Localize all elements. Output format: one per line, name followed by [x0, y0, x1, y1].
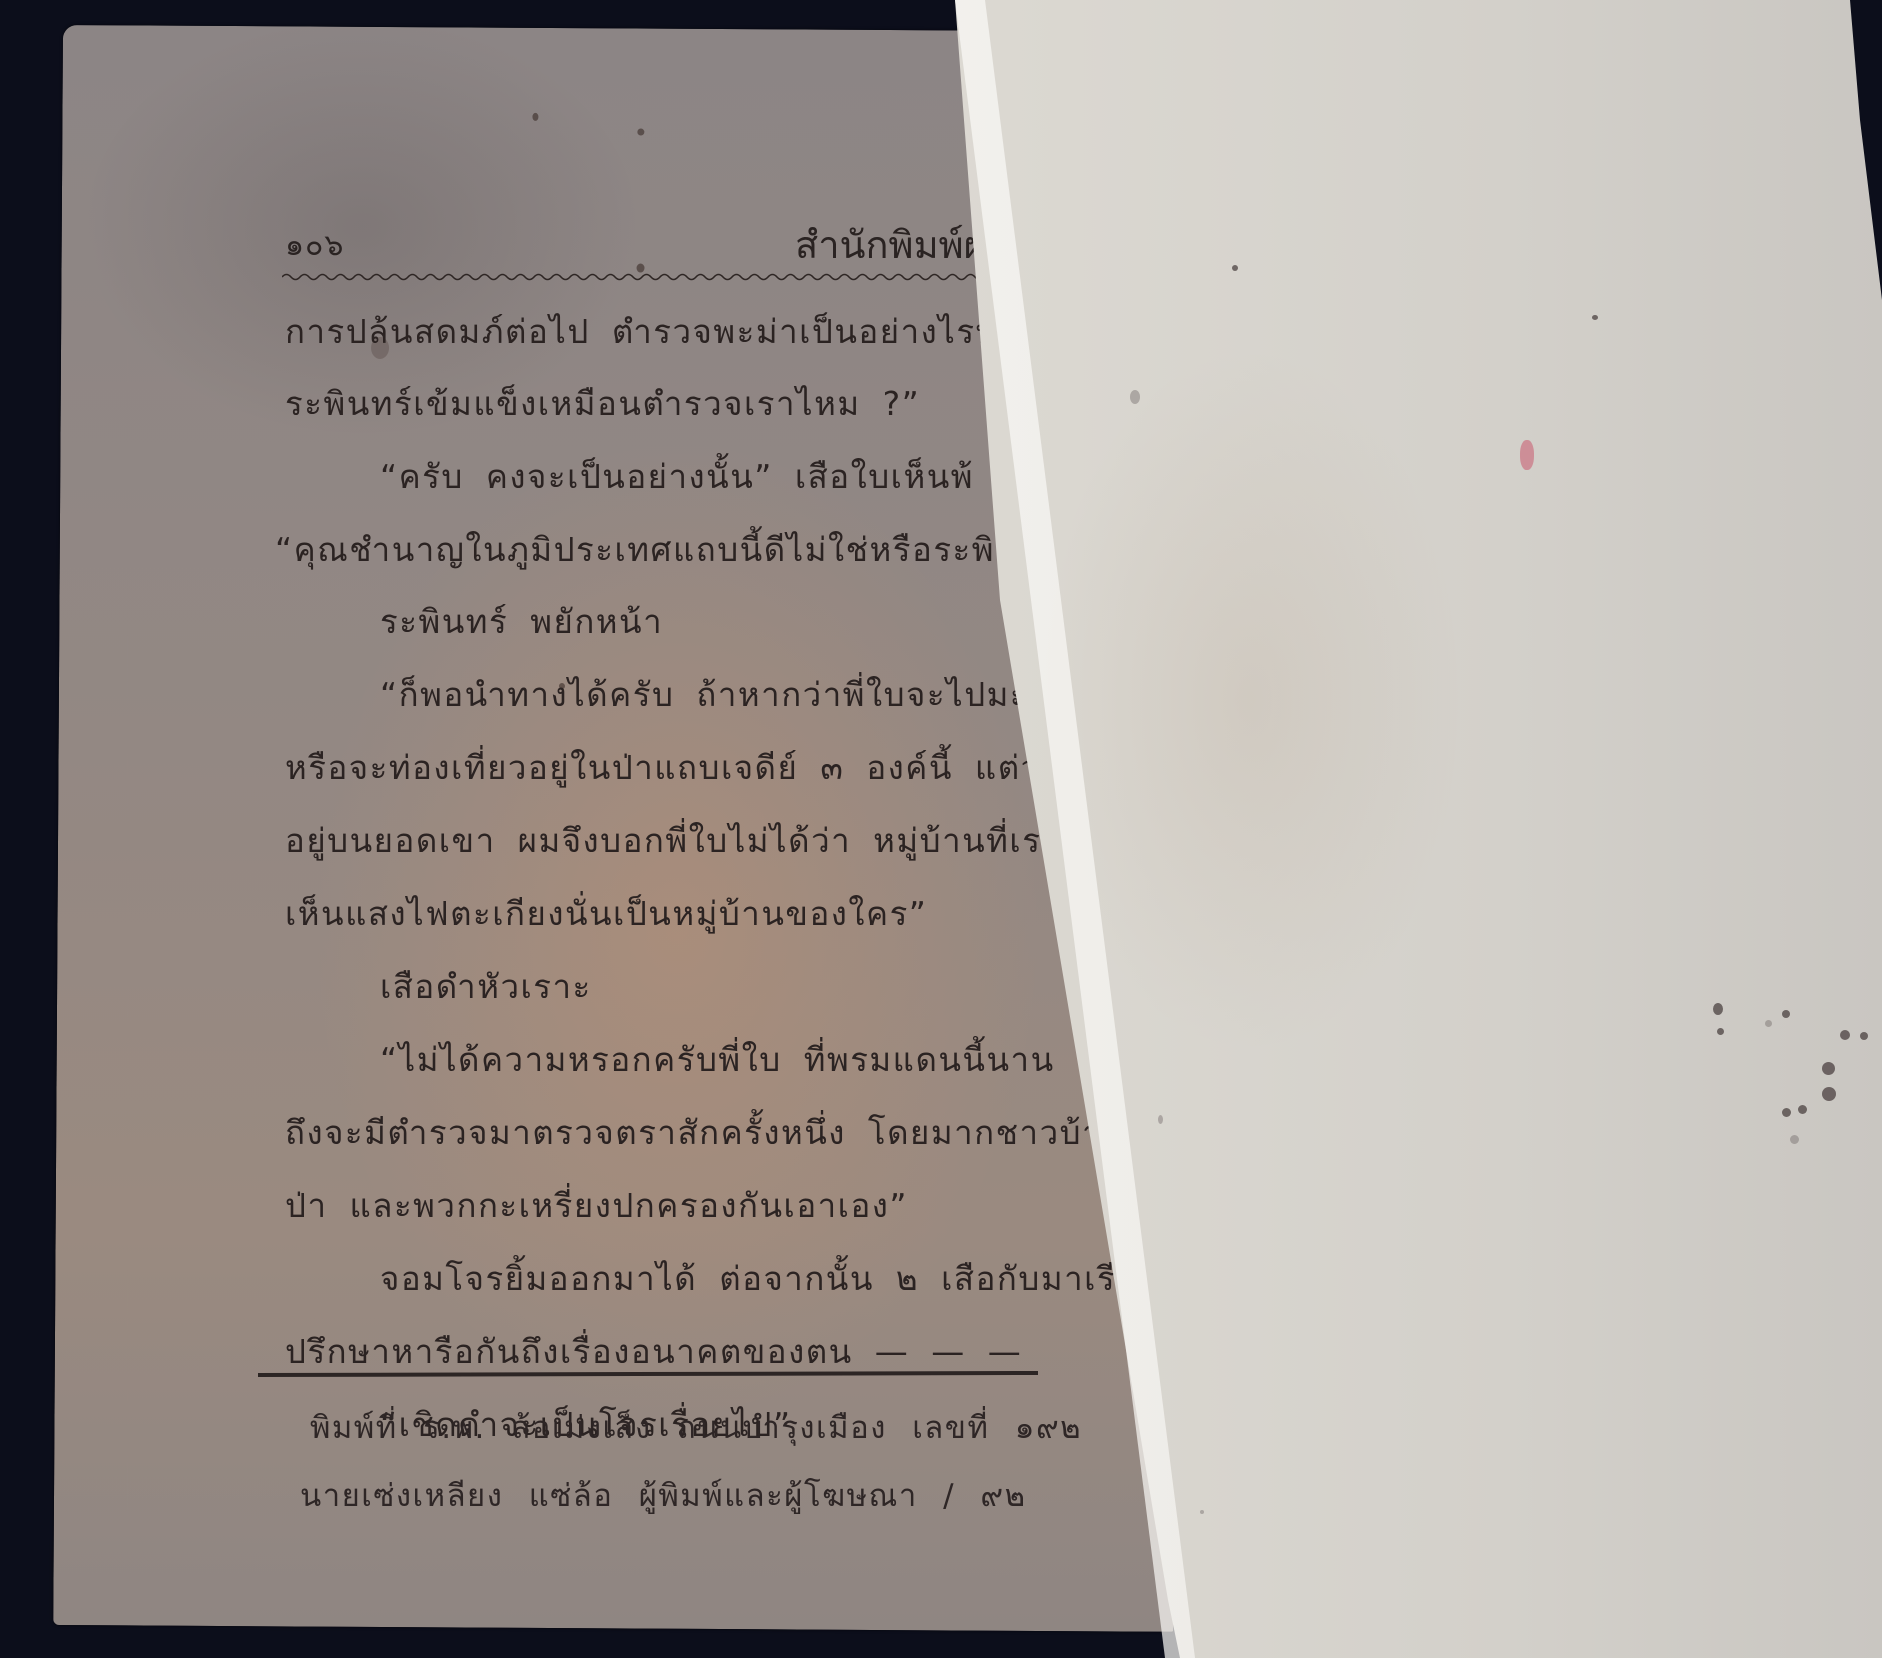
text-line: จอมโจรยิ้มออกมาได้ ต่อจากนั้น ๒ เสือกับม… [380, 1259, 1158, 1299]
foxing-spot [1840, 1030, 1850, 1040]
foxing-spot [1822, 1087, 1836, 1101]
foxing-spot [1232, 265, 1238, 271]
foxing-spot [1765, 1020, 1772, 1027]
foxing-spot [1713, 1003, 1723, 1015]
text-line: เสือดำหัวเราะ [380, 967, 592, 1007]
text-line: “ครับ คงจะเป็นอย่างนั้น” เสือใบเห็นพ้ [380, 457, 974, 497]
foxing-spot [1860, 1032, 1868, 1040]
text-line: ปรึกษาหารือกันถึงเรื่องอนาคตของตน — — — [285, 1332, 1022, 1372]
book-photo: ๑๐๖ สำนักพิมพ์ผ การปล้นสดมภ์ต่อไป ตำรวจพ… [0, 0, 1882, 1658]
text-line: หรือจะท่องเที่ยวอยู่ในป่าแถบเจดีย์ ๓ องค… [285, 748, 1041, 788]
text-line: “คุณชำนาญในภูมิประเทศแถบนี้ดีไม่ใช่หรือร… [275, 530, 1042, 570]
red-mark [1520, 440, 1534, 470]
running-title: สำนักพิมพ์ผ [795, 214, 986, 275]
foxing-spot [1200, 1510, 1204, 1514]
text-line: การปล้นสดมภ์ต่อไป ตำรวจพะม่าเป็นอย่างไรบ… [285, 312, 998, 352]
foxing-spot [1158, 1115, 1163, 1124]
foxing-spot [1782, 1010, 1790, 1018]
text-line: ระพินทร์ พยักหน้า [380, 602, 663, 642]
imprint-line: พิมพ์ที่ ร.พ. ล้อเม่งเส็ง ถนนบำรุงเมือง … [310, 1408, 1082, 1448]
imprint-line: นายเซ่งเหลียง แซ่ล้อ ผู้พิมพ์และผู้โฆษณา… [300, 1476, 1027, 1516]
foxing-spot [1822, 1062, 1835, 1075]
page-number: ๑๐๖ [285, 222, 344, 269]
ink-speck [532, 113, 538, 121]
text-line: อยู่บนยอดเขา ผมจึงบอกพี่ใบไม่ได้ว่า หมู่… [285, 821, 1061, 861]
foxing-spot [1592, 315, 1598, 320]
ink-speck [637, 129, 644, 136]
wavy-rule-divider [282, 272, 1002, 282]
text-line: “ก็พอนำทางได้ครับ ถ้าหากว่าพี่ใบจะไปมะระ… [380, 675, 1090, 715]
foxing-spot [1798, 1105, 1807, 1114]
foxing-spot [1790, 1135, 1799, 1144]
foxing-spot [1782, 1108, 1791, 1117]
foxing-spot [1717, 1028, 1724, 1035]
text-line: เห็นแสงไฟตะเกียงนั่นเป็นหมู่บ้านของใคร” [285, 894, 927, 934]
text-line: ถึงจะมีตำรวจมาตรวจตราสักครั้งหนึ่ง โดยมา… [285, 1113, 1126, 1153]
text-line: “ไม่ได้ความหรอกครับพี่ใบ ที่พรมแดนนี้นาน [380, 1040, 1055, 1080]
text-line: ป่า และพวกกะเหรี่ยงปกครองกันเอาเอง” [285, 1186, 908, 1226]
foxing-spot [1130, 390, 1140, 404]
text-line: ระพินทร์เข้มแข็งเหมือนตำรวจเราไหม ?” [285, 384, 920, 424]
